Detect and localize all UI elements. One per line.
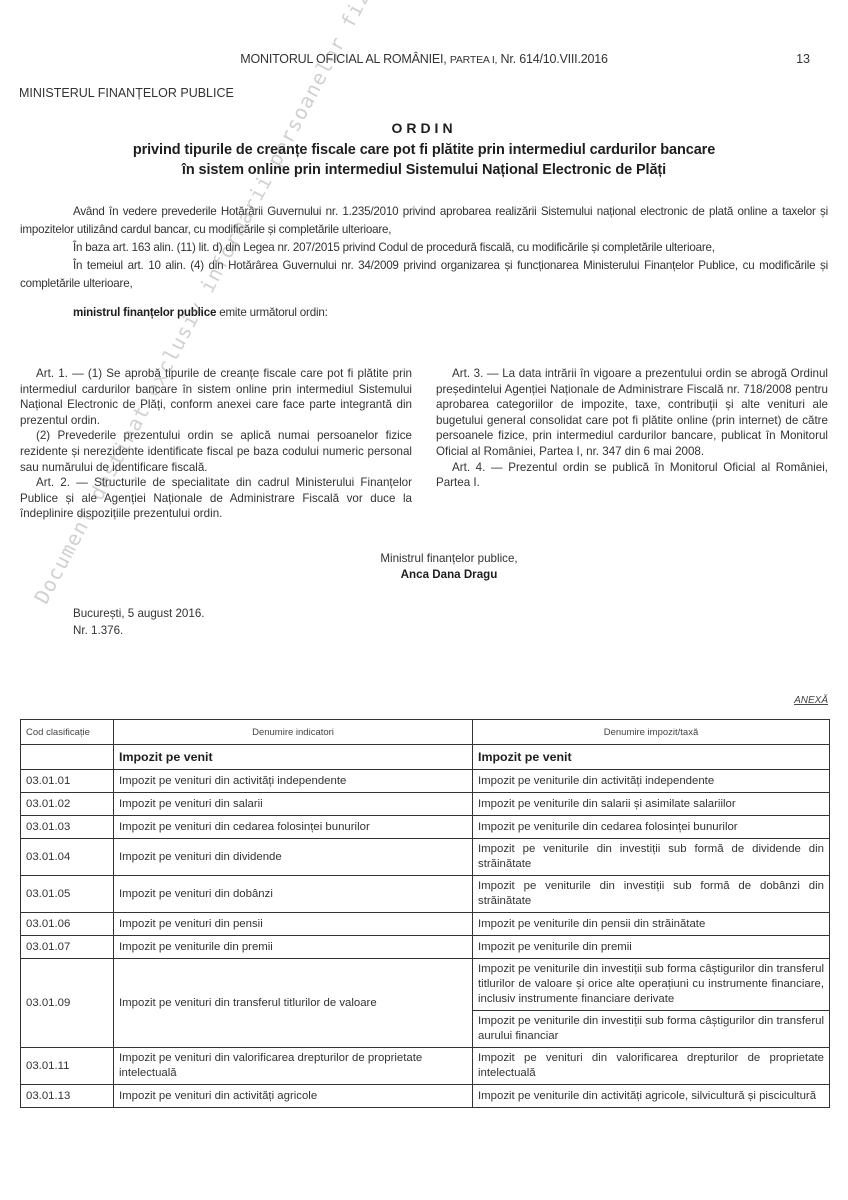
cell-tax: Impozit pe veniturile din pensii din str…	[473, 913, 830, 936]
title-block: ORDIN privind tipurile de creanțe fiscal…	[0, 120, 848, 180]
cell-tax: Impozit pe veniturile din investiții sub…	[473, 876, 830, 913]
cell-tax: Impozit pe veniturile din investiții sub…	[473, 1011, 830, 1048]
section-row: Impozit pe venit Impozit pe venit	[21, 745, 830, 770]
table-row: 03.01.04Impozit pe venituri din dividend…	[21, 839, 830, 876]
cell-code: 03.01.11	[21, 1048, 114, 1085]
table-row: 03.01.07Impozit pe veniturile din premii…	[21, 936, 830, 959]
signatory-role: Ministrul finanțelor publice,	[50, 551, 848, 567]
cell-indicator: Impozit pe venituri din valorificarea dr…	[114, 1048, 473, 1085]
table-row: 03.01.03Impozit pe venituri din cedarea …	[21, 816, 830, 839]
title-line-1: privind tipurile de creanțe fiscale care…	[0, 140, 848, 160]
articles: Art. 1. — (1) Se aprobă tipurile de crea…	[20, 366, 828, 522]
cell-code: 03.01.09	[21, 959, 114, 1048]
emitter-line: ministrul finanțelor publice emite următ…	[20, 304, 828, 322]
cell-tax: Impozit pe veniturile din salarii și asi…	[473, 793, 830, 816]
article-paragraph: Art. 1. — (1) Se aprobă tipurile de crea…	[20, 366, 412, 428]
article-paragraph: Art. 2. — Structurile de specialitate di…	[20, 475, 412, 522]
cell-code: 03.01.01	[21, 770, 114, 793]
preamble: Având în vedere prevederile Hotărârii Gu…	[20, 203, 828, 322]
table-row: 03.01.09Impozit pe venituri din transfer…	[21, 959, 830, 1011]
articles-right-column: Art. 3. — La data intrării în vigoare a …	[436, 366, 828, 522]
cell-indicator: Impozit pe veniturile din premii	[114, 936, 473, 959]
cell-code: 03.01.07	[21, 936, 114, 959]
article-paragraph: (2) Prevederile prezentului ordin se apl…	[20, 428, 412, 475]
table-row: 03.01.11Impozit pe venituri din valorifi…	[21, 1048, 830, 1085]
cell-tax: Impozit pe veniturile din premii	[473, 936, 830, 959]
articles-left-column: Art. 1. — (1) Se aprobă tipurile de crea…	[20, 366, 412, 522]
running-header: MONITORUL OFICIAL AL ROMÂNIEI, PARTEA I,…	[0, 52, 848, 66]
table-row: 03.01.01Impozit pe venituri din activită…	[21, 770, 830, 793]
cell-code: 03.01.05	[21, 876, 114, 913]
table-row: 03.01.02Impozit pe venituri din salariiI…	[21, 793, 830, 816]
cell-tax: Impozit pe venituri din valorificarea dr…	[473, 1048, 830, 1085]
place-date-block: București, 5 august 2016. Nr. 1.376.	[73, 605, 204, 639]
article-paragraph: Art. 4. — Prezentul ordin se publică în …	[436, 460, 828, 491]
header-code: Cod clasificație	[21, 720, 114, 745]
cell-code: 03.01.03	[21, 816, 114, 839]
order-number: Nr. 1.376.	[73, 622, 204, 639]
section-tax: Impozit pe venit	[473, 745, 830, 770]
cell-indicator: Impozit pe venituri din transferul titlu…	[114, 959, 473, 1048]
cell-indicator: Impozit pe venituri din activități agric…	[114, 1085, 473, 1108]
cell-code: 03.01.06	[21, 913, 114, 936]
cell-tax: Impozit pe veniturile din investiții sub…	[473, 959, 830, 1011]
signature-block: Ministrul finanțelor publice, Anca Dana …	[0, 551, 848, 583]
annex-table: Cod clasificație Denumire indicatori Den…	[20, 719, 830, 1108]
place-and-date: București, 5 august 2016.	[73, 605, 204, 622]
page-number: 13	[796, 52, 810, 66]
publication-issue: Nr. 614/10.VIII.2016	[501, 52, 608, 66]
cell-indicator: Impozit pe venituri din activități indep…	[114, 770, 473, 793]
signatory-name: Anca Dana Dragu	[50, 567, 848, 583]
preamble-paragraph: În baza art. 163 alin. (11) lit. d) din …	[20, 239, 828, 257]
publication-title: MONITORUL OFICIAL AL ROMÂNIEI,	[240, 52, 446, 66]
cell-code: 03.01.13	[21, 1085, 114, 1108]
table-header-row: Cod clasificație Denumire indicatori Den…	[21, 720, 830, 745]
table-row: 03.01.06Impozit pe venituri din pensiiIm…	[21, 913, 830, 936]
publication-part: PARTEA I,	[450, 54, 497, 66]
title-line-2: în sistem online prin intermediul Sistem…	[0, 160, 848, 180]
table-row: 03.01.13Impozit pe venituri din activită…	[21, 1085, 830, 1108]
cell-tax: Impozit pe veniturile din investiții sub…	[473, 839, 830, 876]
section-code	[21, 745, 114, 770]
preamble-paragraph: Având în vedere prevederile Hotărârii Gu…	[20, 203, 828, 239]
cell-tax: Impozit pe veniturile din activități ind…	[473, 770, 830, 793]
issuing-ministry: MINISTERUL FINANȚELOR PUBLICE	[19, 86, 234, 100]
cell-indicator: Impozit pe venituri din dividende	[114, 839, 473, 876]
section-indicator: Impozit pe venit	[114, 745, 473, 770]
cell-tax: Impozit pe veniturile din cedarea folosi…	[473, 816, 830, 839]
cell-tax: Impozit pe veniturile din activități agr…	[473, 1085, 830, 1108]
preamble-paragraph: În temeiul art. 10 alin. (4) din Hotărâr…	[20, 257, 828, 293]
emitter-rest: emite următorul ordin:	[216, 306, 327, 319]
emitter-bold: ministrul finanțelor publice	[73, 306, 216, 319]
annex-label: ANEXĂ	[794, 695, 828, 706]
cell-indicator: Impozit pe venituri din pensii	[114, 913, 473, 936]
cell-code: 03.01.02	[21, 793, 114, 816]
table-row: 03.01.05Impozit pe venituri din dobânziI…	[21, 876, 830, 913]
cell-indicator: Impozit pe venituri din cedarea folosinț…	[114, 816, 473, 839]
cell-code: 03.01.04	[21, 839, 114, 876]
header-tax: Denumire impozit/taxă	[473, 720, 830, 745]
document-page: MONITORUL OFICIAL AL ROMÂNIEI, PARTEA I,…	[0, 0, 848, 1200]
document-type: ORDIN	[0, 120, 848, 136]
cell-indicator: Impozit pe venituri din dobânzi	[114, 876, 473, 913]
cell-indicator: Impozit pe venituri din salarii	[114, 793, 473, 816]
header-indicator: Denumire indicatori	[114, 720, 473, 745]
article-paragraph: Art. 3. — La data intrării în vigoare a …	[436, 366, 828, 460]
